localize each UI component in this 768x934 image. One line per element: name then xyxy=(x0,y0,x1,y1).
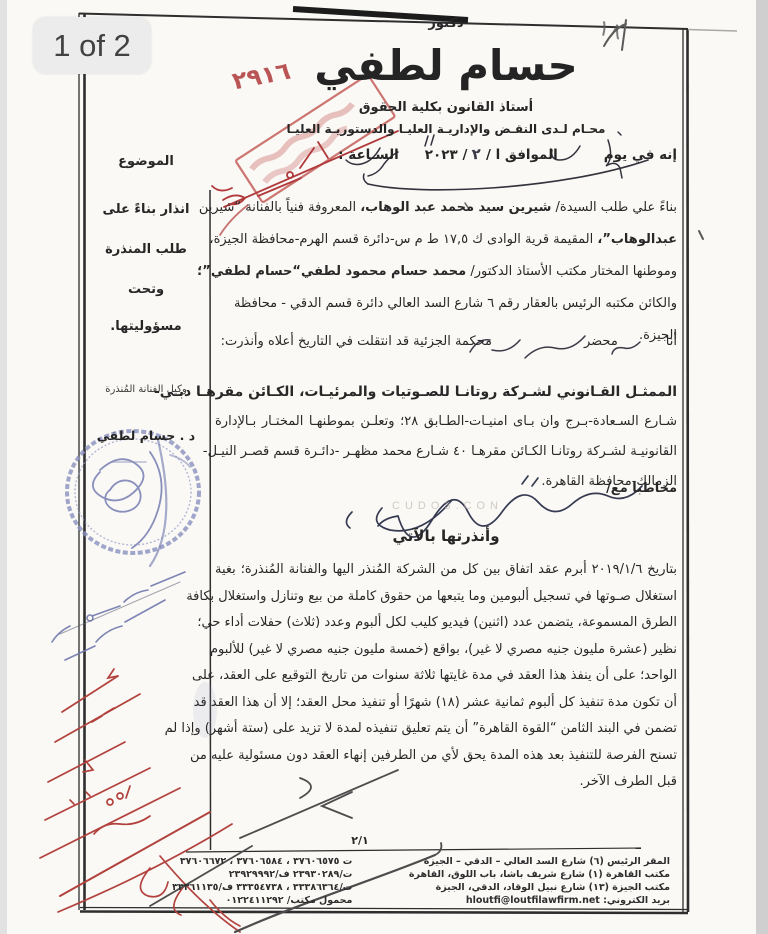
page-indicator-badge[interactable]: 1 of 2 xyxy=(33,17,151,74)
footer-row-3: مكتب الجيزة (١٣) شارع نبيل الوقاد، الدقي… xyxy=(95,881,670,894)
p4-line8: تسنح الفرصة للتنفيذ بعد هذه المدة يحق لأ… xyxy=(215,743,677,770)
footer-row-2: مكتب القاهرة (١) شارع شريف باشا، باب الل… xyxy=(95,868,670,881)
subject-label: الموضوع xyxy=(88,154,204,169)
footer-contact-block: المقر الرئيس (٦) شارع السد العالي – الدق… xyxy=(95,855,670,907)
paragraph-1: بناءً علي طلب السيدة/ شيرين سيد محمد عبد… xyxy=(215,192,677,352)
footer-address-3: مكتب الجيزة (١٣) شارع نبيل الوقاد، الدقي… xyxy=(366,881,670,894)
date-middle: الموافق ا / xyxy=(486,147,558,163)
viewer-right-edge xyxy=(755,0,768,934)
date-month-handwritten: ٢ xyxy=(471,145,482,164)
p4-line6: أن تكون مدة تنفيذ كل ألبوم ثمانية عشر (١… xyxy=(215,690,677,717)
footer-mobile: محمول مكتب/ ٠١٢٢٤١١٢٩٢ xyxy=(95,894,366,907)
footer-address-1: المقر الرئيس (٦) شارع السد العالي – الدق… xyxy=(366,855,670,868)
bailiff-court: محكمة الجزئية قد انتقلت في التاريخ أعلاه… xyxy=(221,334,492,349)
date-suffix: / ٢٠٢٣ xyxy=(425,147,468,163)
footer-email: بريد الكتروني: hloutfi@loutfilawfirm.net xyxy=(366,894,670,907)
subject-line-1: انذار بناءً على xyxy=(88,202,204,217)
footer-phone-2: ت/٢٣٩٣٠٢٨٩ ف/٢٣٩٢٩٩٩٢ xyxy=(95,868,366,881)
paragraph-4: بتاريخ ٢٠١٩/١/٦ أبرم عقد اتفاق بين كل من… xyxy=(215,557,677,796)
p4-line3: الطرق المسموعة، يتضمن عدد (اثنين) فيديو … xyxy=(215,610,677,637)
p3-bold-line: الممثـل القـانوني لشـركة روتانـا للصـوتي… xyxy=(215,377,677,407)
p4-line5: الواحد؛ على أن ينفذ هذا العقد في مدة غاي… xyxy=(215,663,677,690)
date-prefix: إنه في يوم xyxy=(604,147,677,163)
p1-line3: وموطنها المختار مكتب الأستاذ الدكتور/ مح… xyxy=(215,256,677,288)
time-label: السـاعة : xyxy=(338,147,399,163)
watermark-text: CUDO3.CON xyxy=(392,500,503,512)
bailiff-i: أنا xyxy=(666,334,677,349)
lawyer-title-1: أستاذ القانون بكلية الحقوق xyxy=(215,100,677,115)
agent-name: د . حسام لطفي xyxy=(88,428,204,443)
addressee-label: مخاطبا مع/ xyxy=(215,481,677,496)
p4-line2: استغلال صـوتها في تسجيل ألبومين وما يتبع… xyxy=(215,584,677,611)
page-number: ٢/١ xyxy=(330,834,390,847)
section-title: وأنذرتها بالآتي xyxy=(215,527,677,545)
footer-row-1: المقر الرئيس (٦) شارع السد العالي – الدق… xyxy=(95,855,670,868)
paragraph-rotana: الممثـل القـانوني لشـركة روتانـا للصـوتي… xyxy=(215,377,677,497)
footer-row-4: بريد الكتروني: hloutfi@loutfilawfirm.net… xyxy=(95,894,670,907)
lawyer-title-2: محـام لـدى النقـض والإداريـة العليـا وال… xyxy=(215,122,677,136)
bailiff-word: محضر xyxy=(584,334,618,349)
subject-line-4: مسؤوليتها. xyxy=(88,319,204,334)
footer-address-2: مكتب القاهرة (١) شارع شريف باشا، باب الل… xyxy=(366,868,670,881)
p4-line1: بتاريخ ٢٠١٩/١/٦ أبرم عقد اتفاق بين كل من… xyxy=(215,557,677,584)
footer-phone-3: ت/٣٣٣٨٦٣٦٤ ، ٣٣٣٥٤٧٣٨ ف/٣٣٣٦١١٣٥ xyxy=(95,881,366,894)
subject-line-2: طلب المنذرة xyxy=(88,242,204,257)
p4-line7: تضمن في البند الثامن “القوة القاهرة” أن … xyxy=(215,716,677,743)
p4-line4: نظير (عشرة مليون جنيه مصري لا غير)، بواق… xyxy=(215,637,677,664)
p3-line3: القانونيـة لشـركة روتانـا الكـائن مقرهـا… xyxy=(215,437,677,467)
p1-line2: عبدالوهاب”، المقيمة قرية الوادى ك ١٧,٥ ط… xyxy=(215,224,677,256)
date-line: إنه في يومالموافق ا / ٢ / ٢٠٢٣السـاعة : xyxy=(215,145,677,163)
p4-line9: قبل الطرف الآخر. xyxy=(215,769,677,796)
subject-line-3: وتحت xyxy=(88,282,204,297)
footer-phone-1: ت ٣٧٦٠٦٥٧٥ ، ٣٧٦٠٦٥٨٤ ، ٣٧٦٠٦٦٧٢ xyxy=(95,855,366,868)
p3-line2: شـارع السـعادة-بـرج وان بـاى امنيـات-الط… xyxy=(215,407,677,437)
bailiff-line: أنامحضرمحكمة الجزئية قد انتقلت في التاري… xyxy=(215,334,677,349)
p1-line1: بناءً علي طلب السيدة/ شيرين سيد محمد عبد… xyxy=(215,192,677,224)
document-viewer: { "viewer": { "page_indicator": "1 of 2"… xyxy=(0,0,768,934)
